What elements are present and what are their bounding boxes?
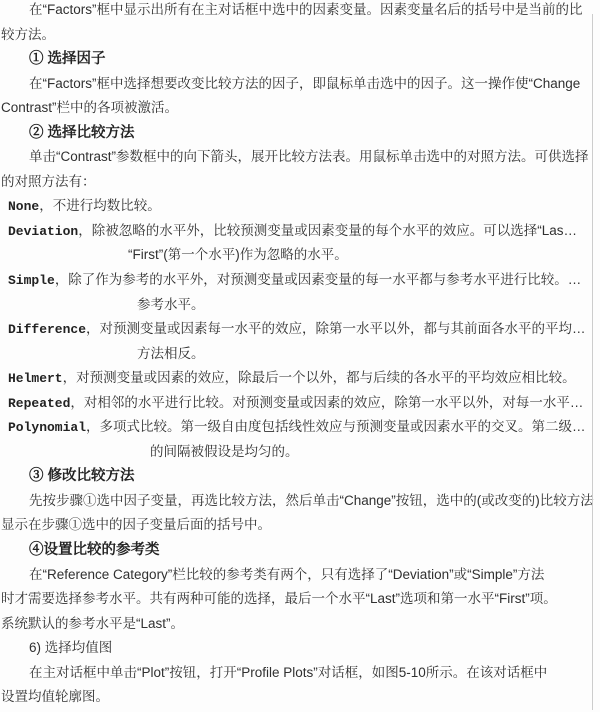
line-text: ，多项式比较。第一级自由度包括线性效应与预测变量或因素水平的交叉。第二级… [86,419,586,434]
page-edge-line [592,14,593,710]
line-text: 的对照方法有： [1,174,96,189]
term-keyword: Difference [8,322,86,337]
line-text: ，除被忽略的水平外，比较预测变量或因素变量的每个水平的效应。可以选择“Las… [78,223,577,238]
line-text: 在“Factors”框中显示出所有在主对话框中选中的因素变量。因素变量名后的括号… [29,2,583,17]
text-line: “First”(第一个水平)作为忽略的水平。 [0,243,600,268]
term-keyword: Repeated [8,396,70,411]
line-text: ，不进行均数比较。 [39,198,161,213]
line-text: 参考水平。 [137,297,205,312]
line-text: 系统默认的参考水平是“Last”。 [1,616,184,631]
heading-modify-contrast-method: ③ 修改比较方法 [0,464,600,489]
heading-text: ① 选择因子 [29,51,106,67]
text-line: 在“Factors”框中选择想要改变比较方法的因子，即鼠标单击选中的因子。这一操… [0,72,600,97]
line-text: 在“Factors”框中选择想要改变比较方法的因子，即鼠标单击选中的因子。这一操… [29,76,580,91]
term-line-deviation: Deviation，除被忽略的水平外，比较预测变量或因素变量的每个水平的效应。可… [0,219,600,244]
term-keyword: Deviation [8,224,78,239]
line-text: ，对预测变量或因素每一水平的效应，除第一水平以外，都与其前面各水平的平均… [86,321,586,336]
term-line-difference: Difference，对预测变量或因素每一水平的效应，除第一水平以外，都与其前面… [0,317,600,342]
subheading-select-mean-plot: 6) 选择均值图 [0,636,600,661]
text-line: 显示在步骤①选中的因子变量后面的括号中。 [0,513,600,538]
line-text: 在“Reference Category”栏比较的参考类有两个，只有选择了“De… [29,567,544,582]
line-text: ，对相邻的水平进行比较。对预测变量或因素的效应，除第一水平以外，对每一水平… [70,395,583,410]
text-line: 的间隔被假设是均匀的。 [0,440,600,465]
term-line-none: None，不进行均数比较。 [0,194,600,219]
line-text: 的间隔被假设是均匀的。 [150,444,299,459]
line-text: 在主对话框中单击“Plot”按钮，打开“Profile Plots”对话框，如图… [29,665,547,680]
text-line: 在“Factors”框中显示出所有在主对话框中选中的因素变量。因素变量名后的括号… [0,0,600,23]
line-text: 先按步骤①选中因子变量，再选比较方法，然后单击“Change”按钮，选中的(或改… [29,493,594,508]
text-line: 系统默认的参考水平是“Last”。 [0,612,600,637]
heading-select-contrast-method: ② 选择比较方法 [0,121,600,146]
line-text: 时才需要选择参考水平。共有两种可能的选择，最后一个水平“Last”选项和第一水平… [1,591,557,606]
heading-text: ③ 修改比较方法 [29,468,135,484]
term-line-polynomial: Polynomial，多项式比较。第一级自由度包括线性效应与预测变量或因素水平的… [0,415,600,440]
line-text: ，除了作为参考的水平外，对预测变量或因素变量的每一水平都与参考水平进行比较。… [55,272,582,287]
text-line: 参考水平。 [0,293,600,318]
line-text: 设置均值轮廓图。 [1,689,109,704]
term-keyword: Simple [8,273,55,288]
text-line: 在主对话框中单击“Plot”按钮，打开“Profile Plots”对话框，如图… [0,661,600,686]
term-line-helmert: Helmert，对预测变量或因素的效应，除最后一个以外，都与后续的各水平的平均效… [0,366,600,391]
text-line: 较方法。 [0,23,600,48]
text-line: 时才需要选择参考水平。共有两种可能的选择，最后一个水平“Last”选项和第一水平… [0,587,600,612]
term-keyword: Helmert [8,371,63,386]
text-line: 在“Reference Category”栏比较的参考类有两个，只有选择了“De… [0,563,600,588]
heading-select-factor: ① 选择因子 [0,47,600,72]
heading-text: ④设置比较的参考类 [29,542,160,558]
heading-text: ② 选择比较方法 [29,125,135,141]
text-line: 单击“Contrast”参数框中的向下箭头，展开比较方法表。用鼠标单击选中的对照… [0,145,600,170]
term-keyword: None [8,199,39,214]
text-line: 先按步骤①选中因子变量，再选比较方法，然后单击“Change”按钮，选中的(或改… [0,489,600,514]
line-text: Contrast”栏中的各项被激活。 [1,100,178,115]
line-text: 6) 选择均值图 [29,640,112,655]
text-line: 方法相反。 [0,342,600,367]
heading-set-reference-category: ④设置比较的参考类 [0,538,600,563]
line-text: ，对预测变量或因素的效应，除最后一个以外，都与后续的各水平的平均效应相比较。 [63,370,576,385]
line-text: 较方法。 [1,27,55,42]
term-keyword: Polynomial [8,420,86,435]
line-text: 方法相反。 [137,346,205,361]
document-page: 在“Factors”框中显示出所有在主对话框中选中的因素变量。因素变量名后的括号… [0,0,600,710]
line-text: “First”(第一个水平)作为忽略的水平。 [128,247,348,262]
text-line: 设置均值轮廓图。 [0,685,600,710]
text-line: 的对照方法有： [0,170,600,195]
text-line: Contrast”栏中的各项被激活。 [0,96,600,121]
term-line-simple: Simple，除了作为参考的水平外，对预测变量或因素变量的每一水平都与参考水平进… [0,268,600,293]
line-text: 显示在步骤①选中的因子变量后面的括号中。 [1,517,271,532]
term-line-repeated: Repeated，对相邻的水平进行比较。对预测变量或因素的效应，除第一水平以外，… [0,391,600,416]
line-text: 单击“Contrast”参数框中的向下箭头，展开比较方法表。用鼠标单击选中的对照… [29,149,589,164]
